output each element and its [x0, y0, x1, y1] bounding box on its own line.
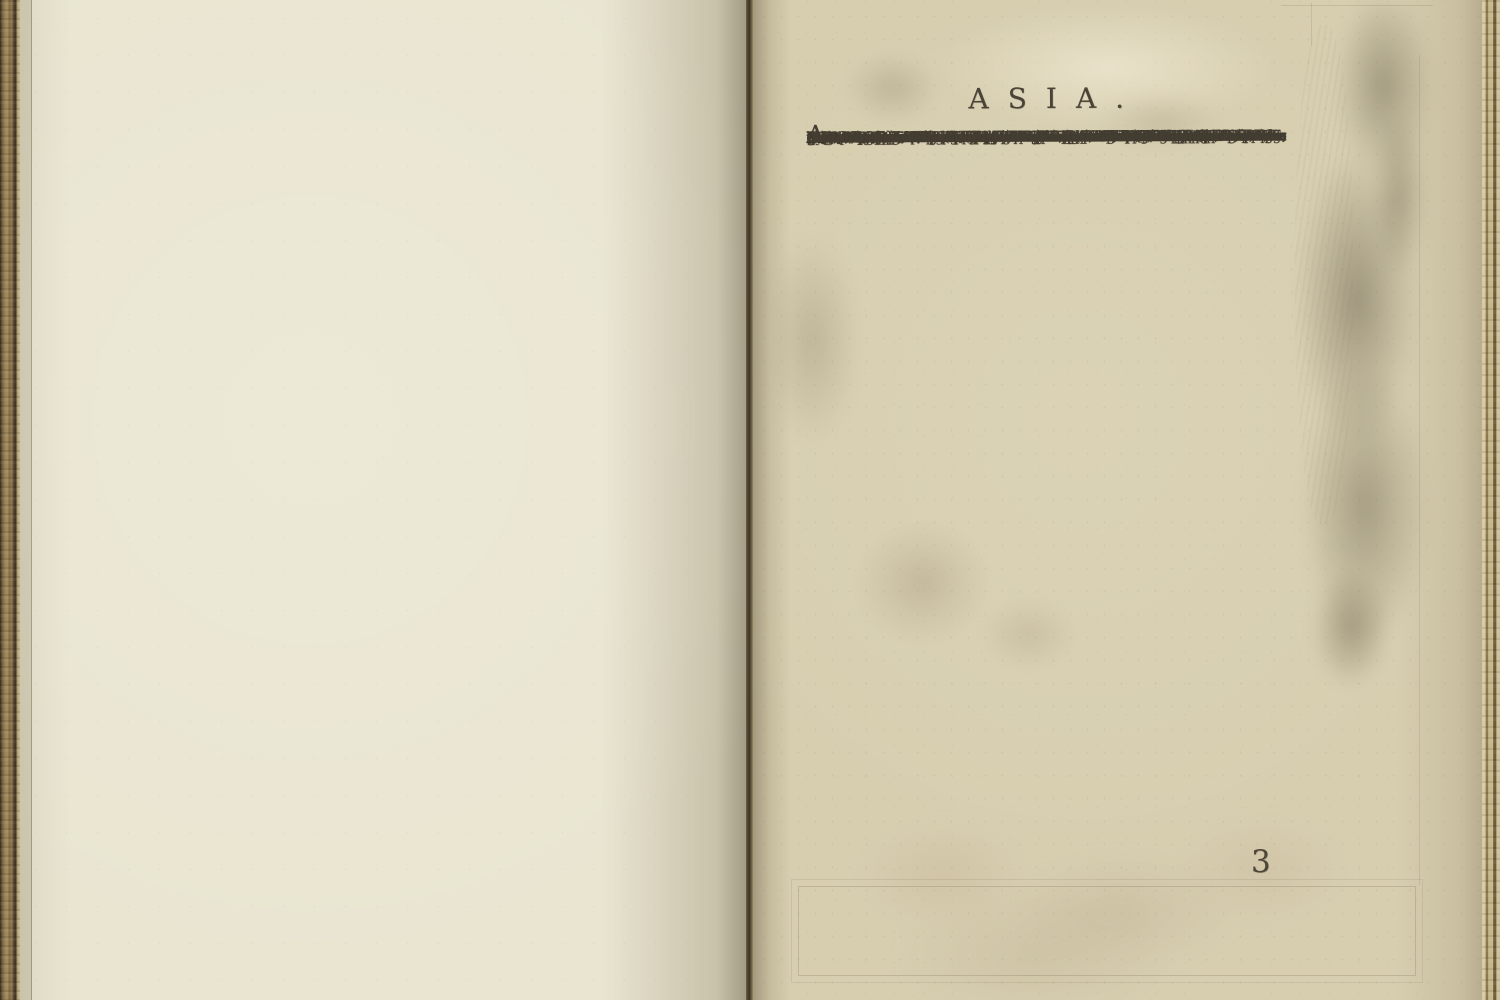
page-number: 3 [1251, 844, 1271, 880]
page-edge-streaks [1482, 0, 1500, 1000]
left-page-shading [20, 0, 746, 1000]
page-edge-streaks [0, 0, 20, 1000]
body-line: iori Tabula ante tres Annos edidimus. [806, 127, 1286, 148]
body-text: ASIA diuiditur ab Europa Tanai fluuio,& … [806, 127, 1286, 129]
text-block: ASIA. ASIA diuiditur ab Europa Tanai flu… [806, 0, 1290, 1000]
page-title: ASIA. [806, 81, 1286, 116]
page-edges-right [1482, 0, 1500, 1000]
book-gutter [746, 0, 753, 1000]
right-text-page: ASIA. ASIA diuiditur ab Europa Tanai flu… [753, 0, 1482, 1000]
book-binding-left-edge [0, 0, 20, 1000]
open-book-photo: ASIA. ASIA diuiditur ab Europa Tanai flu… [0, 0, 1500, 1000]
left-blank-page [20, 0, 746, 1000]
